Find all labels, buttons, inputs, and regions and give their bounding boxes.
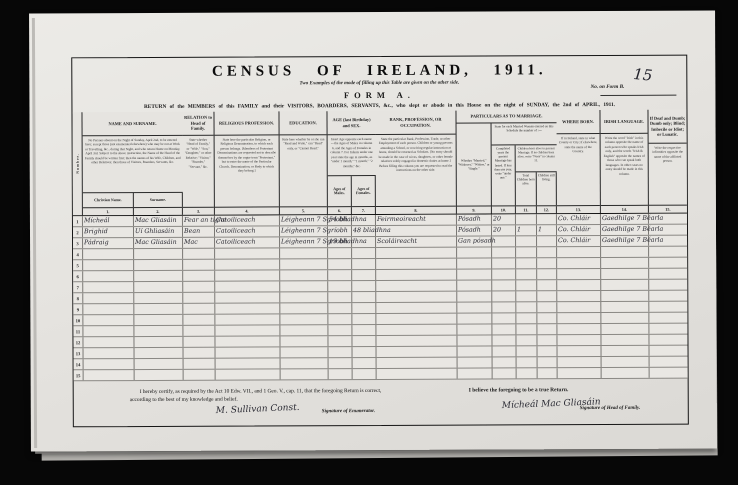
- cell-age-male: [328, 281, 352, 291]
- table-rows: 1 Mícheál Mac Gliasáin Fear an tighe Cat…: [73, 214, 688, 382]
- cell-children-born: [516, 258, 537, 268]
- column-religion: RELIGIOUS PROFESSION. State here the par…: [214, 111, 279, 214]
- cell-age-male: [328, 226, 352, 236]
- cell-age-female: [352, 270, 376, 280]
- column-infirmity: If Deaf and Dumb; Dumb only; Blind; Imbe…: [648, 110, 686, 213]
- head-signature-label: Signature of Head of Family.: [580, 406, 641, 411]
- cell-age-male: [329, 369, 353, 379]
- cell-christian-name: [83, 293, 134, 303]
- cell-age-female: [352, 281, 376, 291]
- cell-children-born: [516, 247, 537, 257]
- cell-children-born: [516, 324, 537, 334]
- cell-age-female: [353, 347, 377, 357]
- col-num-4: 4.: [215, 207, 279, 214]
- cell-children-born: [517, 346, 538, 356]
- cell-where-born: [558, 368, 602, 378]
- cell-age-male: [328, 314, 352, 324]
- enumerator-signature: M. Sullivan Const.: [216, 403, 300, 416]
- cell-marriage-status: Gan pósadh: [457, 236, 492, 246]
- cell-occupation: [376, 336, 457, 346]
- cell-children-living: [537, 269, 557, 279]
- cell-marriage-status: [457, 313, 492, 323]
- cell-marriage-status: [457, 291, 492, 301]
- cell-irish-language: [602, 357, 650, 367]
- cell-surname: [135, 359, 184, 369]
- cell-age-female: [353, 358, 377, 368]
- enumerator-certification: I hereby certify, as required by the Act…: [130, 387, 404, 405]
- cell-education: [281, 369, 329, 379]
- cell-age-male: [328, 303, 352, 313]
- row-number: 1: [73, 216, 83, 226]
- cell-occupation: Scoláireacht: [376, 237, 457, 247]
- cell-education: [280, 259, 328, 269]
- cell-marriage-status: [458, 357, 493, 367]
- cell-children-born: [516, 291, 537, 301]
- row-number: 12: [73, 337, 83, 347]
- cell-education: [281, 347, 329, 357]
- cell-irish-language: [601, 291, 649, 301]
- table-header: Number. NAME AND SURNAME. No Persons abs…: [72, 110, 686, 217]
- cell-occupation: [376, 292, 457, 302]
- cell-where-born: [557, 313, 601, 323]
- cell-relation: [183, 337, 215, 347]
- cell-christian-name: [84, 348, 135, 358]
- cell-relation: [184, 359, 216, 369]
- cell-irish-language: [601, 335, 649, 345]
- cell-children-living: [537, 280, 557, 290]
- number-vertical-label: Number.: [75, 154, 79, 174]
- column-group-age: AGE (last Birthday) and SEX. Insert Age …: [327, 111, 375, 214]
- col-num-14: 14.: [601, 206, 648, 213]
- row-number: 9: [73, 304, 83, 314]
- cell-age-male: [328, 270, 352, 280]
- cell-surname: Mac Gliasáin: [134, 216, 183, 226]
- cell-education: [280, 248, 328, 258]
- cell-marriage-years: [492, 258, 516, 268]
- cell-relation: [184, 348, 216, 358]
- cell-education: Léigheann 7 Sgríobh: [280, 226, 328, 236]
- cell-children-living: [537, 291, 557, 301]
- cell-marriage-years: [492, 335, 516, 345]
- marriage-title: PARTICULARS AS TO MARRIAGE.: [456, 110, 556, 123]
- cell-age-female: [352, 237, 376, 247]
- cell-religion: [216, 369, 281, 379]
- cell-irish-language: [601, 269, 649, 279]
- cell-religion: [216, 358, 281, 368]
- cell-religion: [215, 270, 280, 280]
- surname-subheader: Surname.: [134, 193, 183, 207]
- cell-religion: [215, 303, 280, 313]
- cell-relation: Fear an tighe: [183, 216, 215, 226]
- column-group-marriage: PARTICULARS AS TO MARRIAGE. Whether "Mar…: [456, 110, 556, 213]
- cell-where-born: [557, 247, 601, 257]
- cell-infirmity: [649, 214, 687, 224]
- cell-where-born: [557, 291, 601, 301]
- row-number: 13: [74, 348, 84, 358]
- cell-irish-language: Gaedhilge 7 Béarla: [601, 236, 649, 246]
- cell-surname: [134, 282, 183, 292]
- cell-relation: [183, 271, 215, 281]
- cell-children-born: [516, 302, 537, 312]
- cell-surname: [134, 249, 183, 259]
- cell-occupation: [376, 259, 457, 269]
- row-number: 3: [73, 238, 83, 248]
- cell-surname: [134, 293, 183, 303]
- children-living-subheader: Children still living.: [537, 172, 557, 205]
- cell-relation: [183, 282, 215, 292]
- cell-where-born: [557, 324, 601, 334]
- cell-relation: [183, 326, 215, 336]
- cell-surname: [134, 304, 183, 314]
- column-number: Number.: [72, 112, 82, 215]
- cell-marriage-status: [457, 302, 492, 312]
- cell-age-male: [328, 292, 352, 302]
- cell-irish-language: Gaedhilge 7 Béarla: [601, 225, 649, 235]
- cell-surname: [135, 348, 184, 358]
- education-instruction: State here whether he or she can "Read a…: [280, 135, 327, 206]
- cell-occupation: [376, 226, 457, 236]
- infirmity-instruction: Write the respective infirmities opposit…: [649, 144, 687, 205]
- cell-irish-language: [602, 368, 650, 378]
- cell-religion: [216, 347, 281, 357]
- marriage-whether: Whether "Married," "Widower," "Widow," o…: [457, 123, 492, 205]
- cell-children-living: [537, 236, 557, 246]
- cell-children-living: [537, 313, 557, 323]
- cell-age-female: [352, 303, 376, 313]
- cell-infirmity: [650, 357, 688, 367]
- age-instruction: Insert Age opposite each name:—the Ages …: [328, 135, 376, 175]
- irish-language-instruction: Write the word "Irish" in this column op…: [601, 134, 648, 205]
- cell-infirmity: [649, 302, 687, 312]
- col-num-10: 10.: [492, 206, 516, 213]
- cell-surname: [134, 326, 183, 336]
- row-number: 2: [73, 227, 83, 237]
- table-row: 15: [74, 368, 688, 382]
- children-born-note: Children born alive to present Marriage.…: [516, 145, 557, 172]
- cell-religion: Catoiliceach: [215, 226, 280, 236]
- cell-age-male: [328, 259, 352, 269]
- cell-surname: [134, 271, 183, 281]
- cell-where-born: [557, 335, 601, 345]
- row-number: 11: [73, 326, 83, 336]
- column-occupation: RANK, PROFESSION, OR OCCUPATION. State t…: [375, 111, 456, 214]
- cell-marriage-status: [458, 346, 493, 356]
- cell-surname: [134, 315, 183, 325]
- column-irish-language: IRISH LANGUAGE. Write the word "Irish" i…: [600, 110, 648, 213]
- cell-surname: [134, 337, 183, 347]
- education-title: EDUCATION.: [279, 111, 326, 135]
- cell-children-born: [516, 335, 537, 345]
- cell-marriage-years: 20: [492, 225, 516, 235]
- row-number: 15: [74, 370, 84, 380]
- form-border: CENSUS OF IRELAND, 1911. Two Examples of…: [71, 55, 689, 428]
- cell-children-living: [537, 214, 557, 224]
- cell-age-male: 54 bliadhna: [328, 215, 352, 225]
- cell-children-living: [538, 368, 558, 378]
- cell-age-female: [352, 314, 376, 324]
- return-statement: RETURN of the MEMBERS of this FAMILY and…: [82, 102, 676, 111]
- cell-relation: [183, 304, 215, 314]
- cell-christian-name: [83, 249, 134, 259]
- cell-religion: [215, 292, 280, 302]
- cell-age-male: [329, 347, 353, 357]
- column-where-born: WHERE BORN. If in Ireland, state in what…: [556, 110, 600, 213]
- cell-religion: [215, 281, 280, 291]
- marriage-years: Completed years the present Marriage has…: [492, 145, 516, 205]
- cell-religion: [215, 314, 280, 324]
- form-no-handwritten-value: 15: [632, 65, 653, 85]
- cell-age-female: [352, 325, 376, 335]
- col-num-1: 1.: [83, 208, 134, 215]
- page-title: CENSUS OF IRELAND, 1911.: [72, 62, 686, 82]
- cell-relation: Bean: [183, 227, 215, 237]
- cell-christian-name: [83, 260, 134, 270]
- cell-children-born: 1: [516, 225, 537, 235]
- cell-occupation: [376, 303, 457, 313]
- cell-irish-language: [602, 346, 650, 356]
- head-declaration: I believe the foregoing to be a true Ret…: [469, 387, 569, 393]
- cell-children-born: [516, 214, 537, 224]
- cell-where-born: [558, 346, 602, 356]
- cell-marriage-years: [493, 357, 517, 367]
- cell-infirmity: [649, 258, 687, 268]
- col-num-2: 2.: [134, 208, 183, 215]
- cell-marriage-status: Pósadh: [457, 214, 492, 224]
- cell-children-born: [517, 357, 538, 367]
- column-relation: RELATION to Head of Family. State whethe…: [182, 112, 214, 215]
- col-num-7: 7.: [352, 207, 376, 214]
- married-woman-note: State for each Married Woman entered on …: [492, 123, 557, 145]
- cell-relation: [184, 370, 216, 380]
- cell-marriage-status: [457, 324, 492, 334]
- cell-relation: [183, 315, 215, 325]
- cell-christian-name: Brighid: [83, 227, 134, 237]
- total-children-subheader: Total Children born alive.: [516, 172, 537, 205]
- cell-education: [280, 314, 328, 324]
- cell-relation: [183, 260, 215, 270]
- cell-where-born: [558, 357, 602, 367]
- cell-children-living: [537, 258, 557, 268]
- cell-infirmity: [649, 280, 687, 290]
- census-form-page: CENSUS OF IRELAND, 1911. Two Examples of…: [29, 11, 717, 452]
- cell-education: [280, 325, 328, 335]
- cell-marriage-years: [493, 368, 517, 378]
- cell-occupation: [377, 369, 458, 379]
- cell-infirmity: [649, 247, 687, 257]
- cell-marriage-status: [457, 269, 492, 279]
- cell-infirmity: [649, 313, 687, 323]
- cell-marriage-status: [457, 280, 492, 290]
- cell-children-born: [516, 236, 537, 246]
- cell-education: [280, 292, 328, 302]
- cell-where-born: Co. Chláir: [557, 214, 601, 224]
- irish-language-title: IRISH LANGUAGE.: [600, 110, 647, 134]
- cell-education: [280, 281, 328, 291]
- cell-irish-language: Gaedhilge 7 Béarla: [601, 214, 649, 224]
- cell-irish-language: [601, 258, 649, 268]
- cell-age-male: [328, 325, 352, 335]
- cell-education: [280, 270, 328, 280]
- cell-marriage-status: [457, 335, 492, 345]
- cell-infirmity: [649, 291, 687, 301]
- cell-marriage-years: [492, 291, 516, 301]
- cell-children-living: [538, 346, 558, 356]
- cell-children-living: [537, 247, 557, 257]
- cell-children-born: [516, 313, 537, 323]
- cell-children-living: [537, 324, 557, 334]
- col-num-6: 6.: [328, 207, 352, 214]
- cell-age-male: 19 bliadhna: [328, 237, 352, 247]
- cell-christian-name: [83, 315, 134, 325]
- occupation-title: RANK, PROFESSION, OR OCCUPATION.: [375, 111, 455, 135]
- cell-religion: [215, 259, 280, 269]
- cell-christian-name: [84, 370, 135, 380]
- cell-children-living: [537, 335, 557, 345]
- cell-occupation: Feirmeoireacht: [376, 215, 457, 225]
- cell-children-living: 1: [537, 225, 557, 235]
- cell-christian-name: [83, 304, 134, 314]
- cell-marriage-years: [492, 302, 516, 312]
- cell-marriage-status: [457, 247, 492, 257]
- cell-christian-name: [84, 359, 135, 369]
- cell-religion: Catoiliceach: [215, 237, 280, 247]
- cell-marriage-status: [457, 258, 492, 268]
- where-born-instruction: If in Ireland, state in what County or C…: [557, 134, 600, 205]
- cell-occupation: [376, 281, 457, 291]
- cell-where-born: Co. Chláir: [557, 225, 601, 235]
- row-number: 10: [73, 315, 83, 325]
- census-table: Number. NAME AND SURNAME. No Persons abs…: [72, 110, 687, 382]
- cell-age-female: 48 bliadhna: [352, 226, 376, 236]
- cell-infirmity: [649, 269, 687, 279]
- cell-christian-name: [83, 337, 134, 347]
- cell-marriage-years: [492, 269, 516, 279]
- cell-occupation: [377, 358, 458, 368]
- cell-children-born: [516, 280, 537, 290]
- ages-females-subheader: Ages of Females.: [352, 176, 376, 206]
- infirmity-title: If Deaf and Dumb; Dumb only; Blind; Imbe…: [648, 110, 686, 144]
- cell-where-born: [557, 302, 601, 312]
- col-num-5: 5.: [280, 207, 327, 214]
- christian-name-subheader: Christian Name.: [83, 193, 134, 207]
- enumerator-signature-label: Signature of Enumerator.: [322, 409, 375, 414]
- cell-children-living: [538, 357, 558, 367]
- row-number: 5: [73, 260, 83, 270]
- cell-religion: Catoiliceach: [215, 215, 280, 225]
- cell-marriage-years: [492, 247, 516, 257]
- cell-relation: [183, 293, 215, 303]
- cell-surname: Mac Gliasáin: [134, 238, 183, 248]
- cell-education: [280, 336, 328, 346]
- cell-marriage-status: [458, 368, 493, 378]
- cell-education: [280, 303, 328, 313]
- cell-where-born: [557, 269, 601, 279]
- cell-occupation: [376, 270, 457, 280]
- cell-marriage-status: Pósadh: [457, 225, 492, 235]
- relation-instruction: State whether "Head of Family," or "Wife…: [183, 136, 214, 207]
- cell-religion: [215, 325, 280, 335]
- occupation-instruction: State the particular Rank, Profession, T…: [376, 135, 456, 206]
- column-group-name: NAME AND SURNAME. No Persons absent on t…: [82, 112, 182, 215]
- cell-christian-name: [83, 282, 134, 292]
- cell-surname: [134, 260, 183, 270]
- cell-age-female: [352, 215, 376, 225]
- cell-infirmity: [650, 368, 688, 378]
- row-number: 6: [73, 271, 83, 281]
- cell-occupation: [376, 314, 457, 324]
- religion-title: RELIGIOUS PROFESSION.: [214, 111, 278, 135]
- cell-religion: [215, 248, 280, 258]
- cell-infirmity: [650, 346, 688, 356]
- cell-irish-language: [601, 302, 649, 312]
- cell-education: Léigheann 7 Sgríobh: [280, 215, 328, 225]
- age-title: AGE (last Birthday) and SEX.: [327, 111, 375, 135]
- cell-where-born: [557, 258, 601, 268]
- row-number: 14: [74, 359, 84, 369]
- cell-children-born: [517, 368, 538, 378]
- cell-infirmity: [649, 324, 687, 334]
- cell-infirmity: [649, 335, 687, 345]
- col-num-3: 3.: [183, 208, 214, 215]
- cell-marriage-years: [492, 324, 516, 334]
- cell-religion: [215, 336, 280, 346]
- form-a-label: FORM A.: [72, 89, 686, 102]
- name-title: NAME AND SURNAME.: [82, 112, 182, 136]
- cell-age-female: [352, 336, 376, 346]
- relation-title: RELATION to Head of Family.: [182, 112, 213, 136]
- cell-relation: Mac: [183, 238, 215, 248]
- cell-age-female: [353, 369, 377, 379]
- cell-infirmity: [649, 225, 687, 235]
- cell-age-male: [328, 248, 352, 258]
- cell-age-female: [352, 259, 376, 269]
- cell-christian-name: Pádraig: [83, 238, 134, 248]
- column-education: EDUCATION. State here whether he or she …: [279, 111, 327, 214]
- cell-occupation: [376, 325, 457, 335]
- cell-irish-language: [601, 280, 649, 290]
- col-num-13: 13.: [557, 206, 600, 213]
- row-number: 8: [73, 293, 83, 303]
- cell-children-living: [537, 302, 557, 312]
- cell-education: Léigheann 7 Sgríobh: [280, 237, 328, 247]
- cell-age-female: [352, 292, 376, 302]
- cell-relation: [183, 249, 215, 259]
- row-number: 4: [73, 249, 83, 259]
- where-born-title: WHERE BORN.: [556, 110, 599, 134]
- col-num-9: 9.: [457, 206, 492, 213]
- cell-marriage-years: [492, 280, 516, 290]
- cell-where-born: Co. Chláir: [557, 236, 601, 246]
- cell-christian-name: Mícheál: [83, 216, 134, 226]
- religion-instruction: State here the particular Religion, or R…: [215, 135, 279, 206]
- cell-irish-language: [601, 313, 649, 323]
- cell-where-born: [557, 280, 601, 290]
- col-num-11: 11.: [516, 206, 537, 213]
- cell-christian-name: [83, 271, 134, 281]
- cell-occupation: [377, 347, 458, 357]
- col-num-12: 12.: [537, 206, 557, 213]
- cell-marriage-years: [493, 346, 517, 356]
- cell-children-born: [516, 269, 537, 279]
- cell-age-male: [329, 358, 353, 368]
- col-num-8: 8.: [376, 207, 456, 214]
- cell-surname: [135, 370, 184, 380]
- cell-christian-name: [83, 326, 134, 336]
- cell-marriage-years: [492, 313, 516, 323]
- ages-males-subheader: Ages of Males.: [328, 176, 352, 206]
- cell-age-male: [328, 336, 352, 346]
- cell-education: [281, 358, 329, 368]
